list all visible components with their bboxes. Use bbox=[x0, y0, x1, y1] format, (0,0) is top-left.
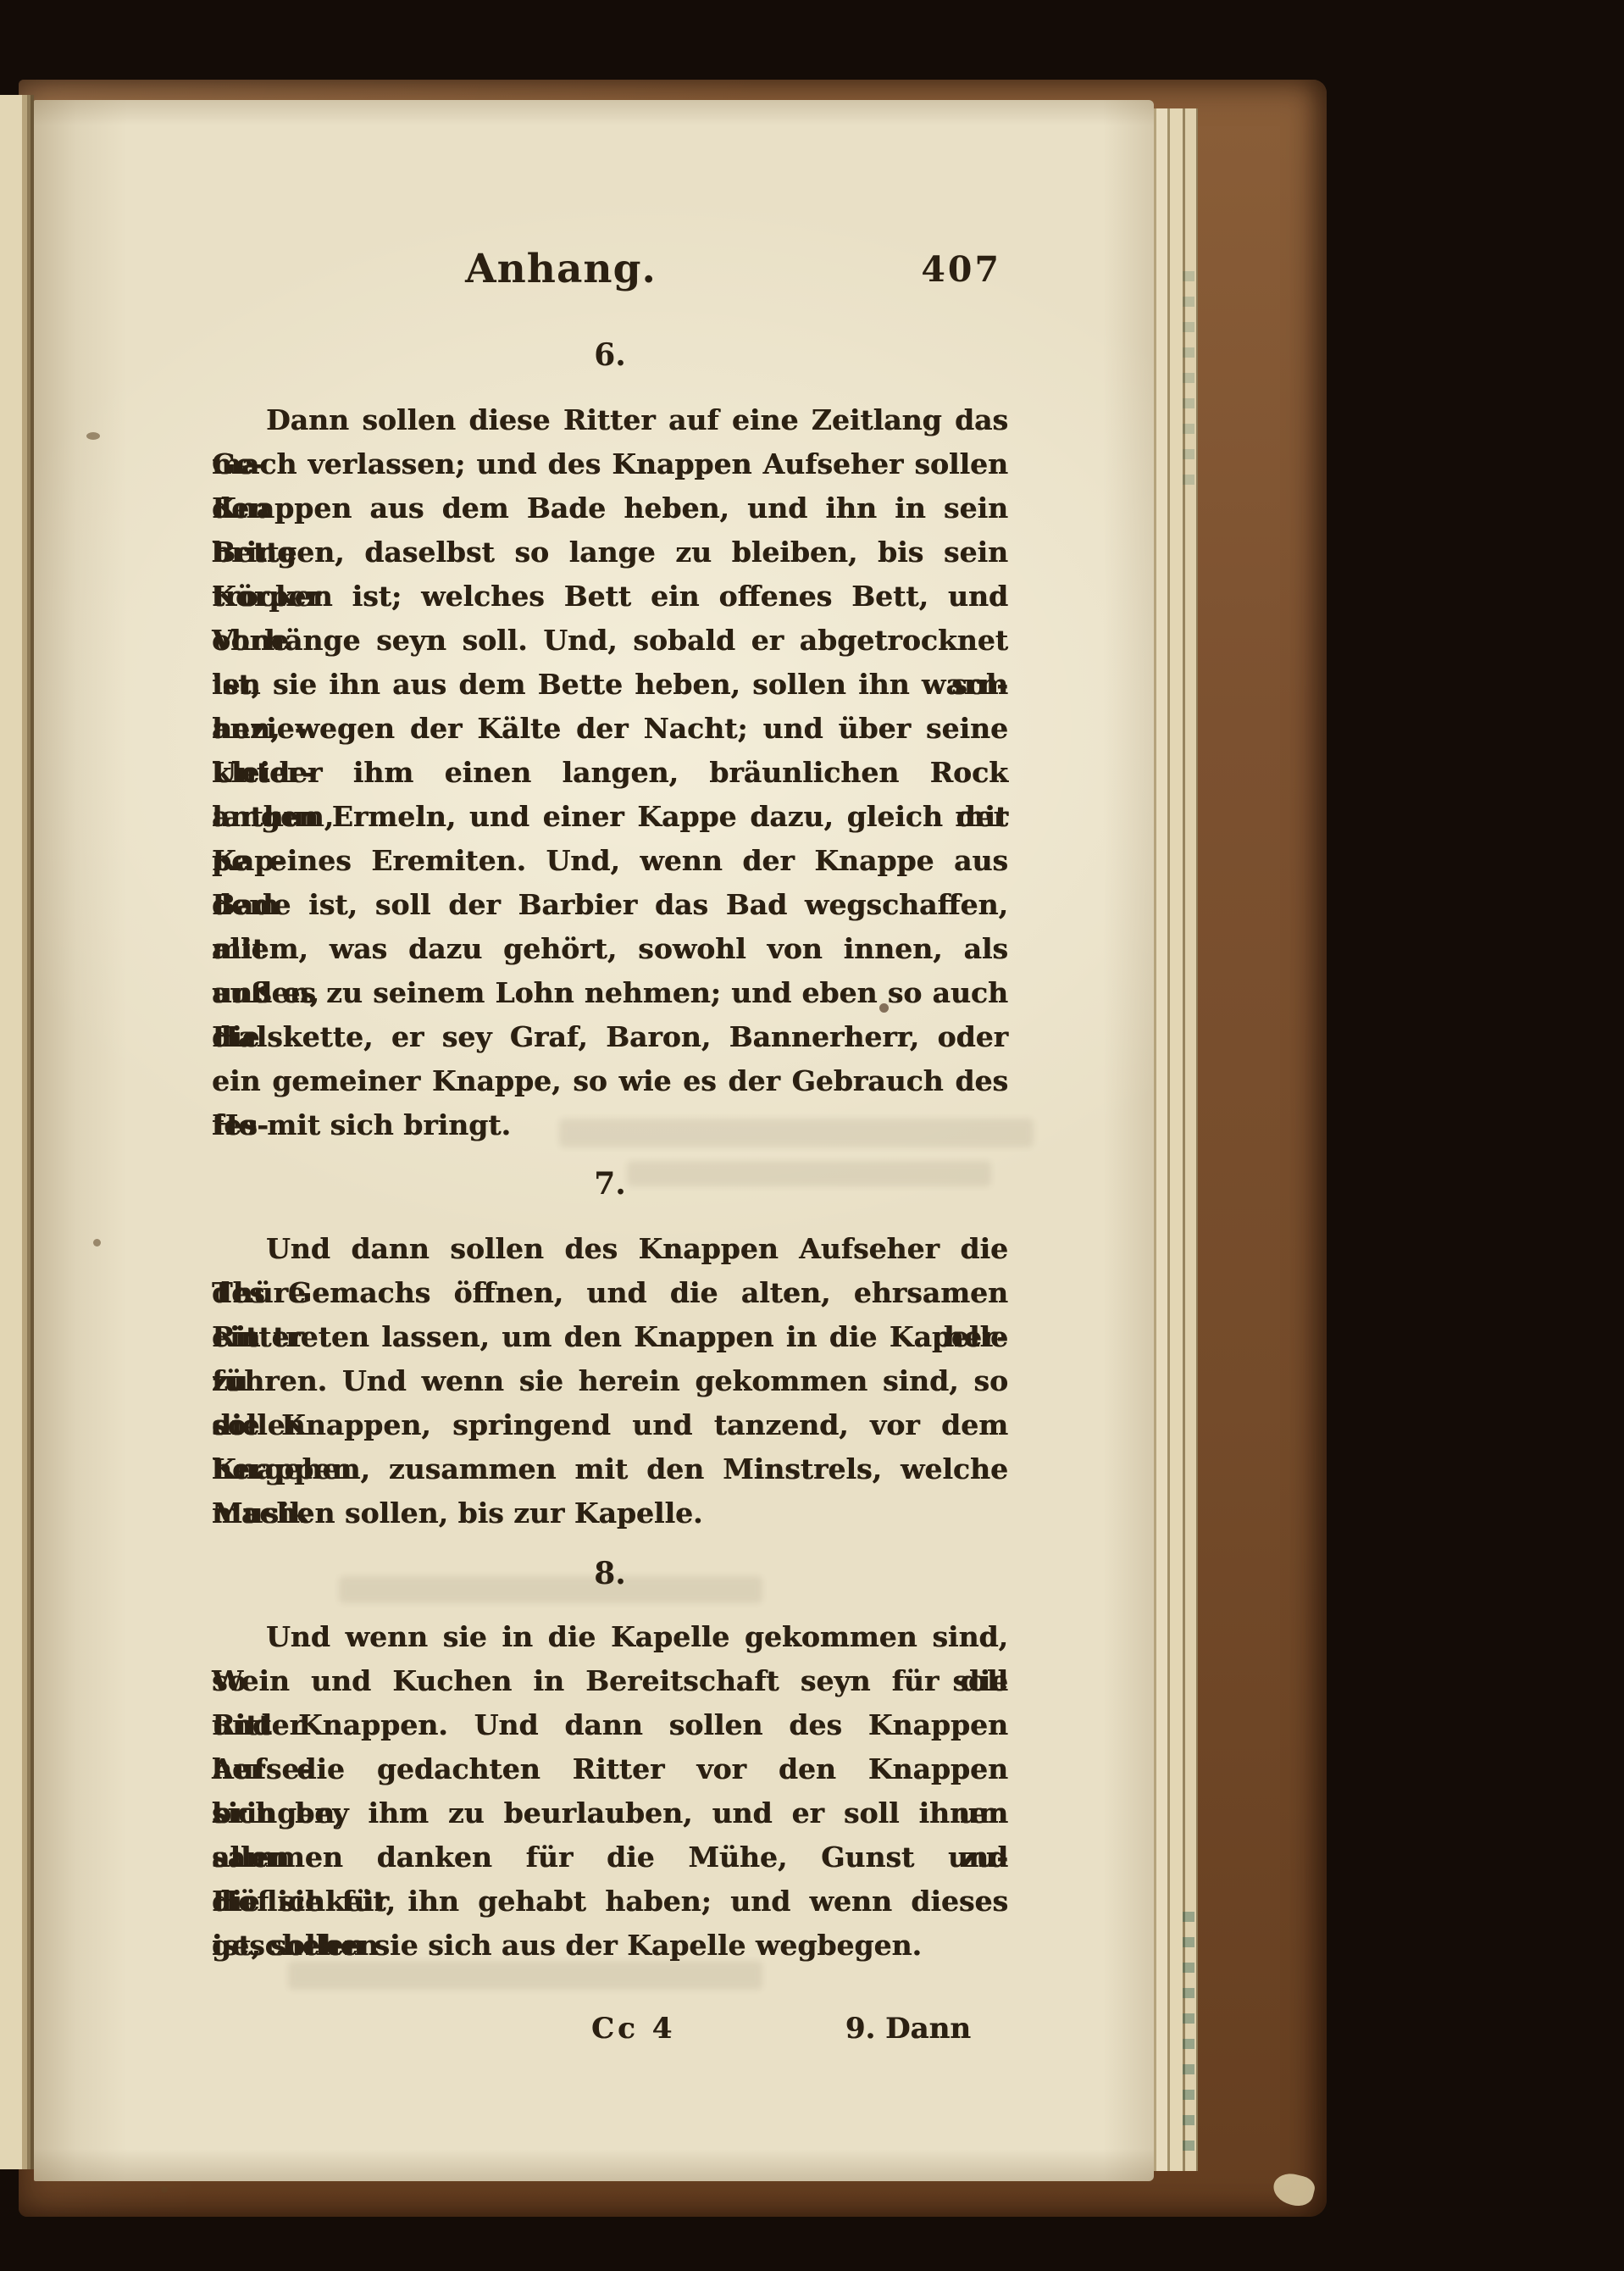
text-line: hen, wegen der Kälte der Nacht; und über… bbox=[212, 707, 1008, 751]
page-number: 407 bbox=[921, 249, 1001, 290]
running-head: Anhang. 407 bbox=[212, 246, 1008, 300]
text-line: und Knappen. Und dann sollen des Knappen… bbox=[212, 1703, 1008, 1747]
text-line: machen sollen, bis zur Kapelle. bbox=[212, 1491, 1008, 1535]
text-line: des Gemachs öffnen, und die alten, ehrsa… bbox=[212, 1271, 1008, 1315]
text-line: mach verlassen; und des Knappen Aufseher… bbox=[212, 442, 1008, 486]
footer-row: Cc 4 9. Dann bbox=[212, 2012, 1008, 2059]
gathering-signature: Cc 4 bbox=[591, 2012, 675, 2046]
text-line: langen Ermeln, und einer Kappe dazu, gle… bbox=[212, 795, 1008, 839]
text-line: die sie für ihn gehabt haben; und wenn d… bbox=[212, 1880, 1008, 1924]
text-line: Knappen aus dem Bade heben, und ihn in s… bbox=[212, 486, 1008, 530]
scanned-book-photo: { "colors":{ "background":"#140c07", "pa… bbox=[0, 0, 1624, 2271]
section-8-paragraph: Und wenn sie in die Kapelle gekommen sin… bbox=[212, 1615, 1008, 1968]
text-line: sammen danken für die Mühe, Gunst und Hö… bbox=[212, 1835, 1008, 1880]
text-line: pe eines Eremiten. Und, wenn der Knappe … bbox=[212, 839, 1008, 883]
text-line: Dann sollen diese Ritter auf eine Zeitla… bbox=[212, 398, 1008, 442]
text-line: ein gemeiner Knappe, so wie es der Gebra… bbox=[212, 1059, 1008, 1103]
catchword: 9. Dann bbox=[845, 2012, 971, 2046]
text-line: die Knappen, springend und tanzend, vor … bbox=[212, 1403, 1008, 1447]
text-line: Und wenn sie in die Kapelle gekommen sin… bbox=[212, 1615, 1008, 1659]
text-line: bringen, daselbst so lange zu bleiben, b… bbox=[212, 530, 1008, 575]
section-8-number: 8. bbox=[212, 1556, 1008, 1591]
text-line: Bade ist, soll der Barbier das Bad wegsc… bbox=[212, 883, 1008, 927]
text-line: Vorhänge seyn soll. Und, sobald er abget… bbox=[212, 619, 1008, 663]
paper-speck bbox=[93, 1239, 101, 1247]
text-line: len sie ihn aus dem Bette heben, sollen … bbox=[212, 663, 1008, 707]
edge-marbling-top bbox=[1183, 271, 1194, 491]
underlying-page-edge bbox=[0, 95, 34, 2169]
section-6-number: 6. bbox=[212, 337, 1008, 373]
text-line: her die gedachten Ritter vor den Knappen… bbox=[212, 1747, 1008, 1791]
text-line: hergehen, zusammen mit den Minstrels, we… bbox=[212, 1447, 1008, 1491]
paper-speck bbox=[86, 432, 100, 440]
text-line: kleider ihm einen langen, bräunlichen Ro… bbox=[212, 751, 1008, 795]
section-6-paragraph: Dann sollen diese Ritter auf eine Zeitla… bbox=[212, 398, 1008, 1147]
text-line: Wein und Kuchen in Bereitschaft seyn für… bbox=[212, 1659, 1008, 1703]
paper-speck bbox=[161, 2186, 168, 2193]
text-line: ist, sollen sie sich aus der Kapelle weg… bbox=[212, 1924, 1008, 1968]
text-line: trocken ist; welches Bett ein offenes Be… bbox=[212, 575, 1008, 619]
text-line: ein treten lassen, um den Knappen in die… bbox=[212, 1315, 1008, 1359]
text-line: führen. Und wenn sie herein gekommen sin… bbox=[212, 1359, 1008, 1403]
text-line: sich bey ihm zu beurlauben, und er soll … bbox=[212, 1791, 1008, 1835]
text-line: Halskette, er sey Graf, Baron, Bannerher… bbox=[212, 1015, 1008, 1059]
text-line: allem, was dazu gehört, sowohl von innen… bbox=[212, 927, 1008, 971]
edge-marbling-bottom bbox=[1183, 1912, 1194, 2166]
section-7-number: 7. bbox=[212, 1166, 1008, 1202]
text-line: Und dann sollen des Knappen Aufseher die… bbox=[212, 1227, 1008, 1271]
running-head-title: Anhang. bbox=[163, 246, 959, 292]
book-page: Anhang. 407 6. Dann sollen diese Ritter … bbox=[34, 100, 1154, 2181]
text-block: Anhang. 407 6. Dann sollen diese Ritter … bbox=[212, 100, 1008, 2181]
section-7-paragraph: Und dann sollen des Knappen Aufseher die… bbox=[212, 1227, 1008, 1535]
text-line: fes mit sich bringt. bbox=[212, 1103, 1008, 1147]
text-line: und es zu seinem Lohn nehmen; und eben s… bbox=[212, 971, 1008, 1015]
